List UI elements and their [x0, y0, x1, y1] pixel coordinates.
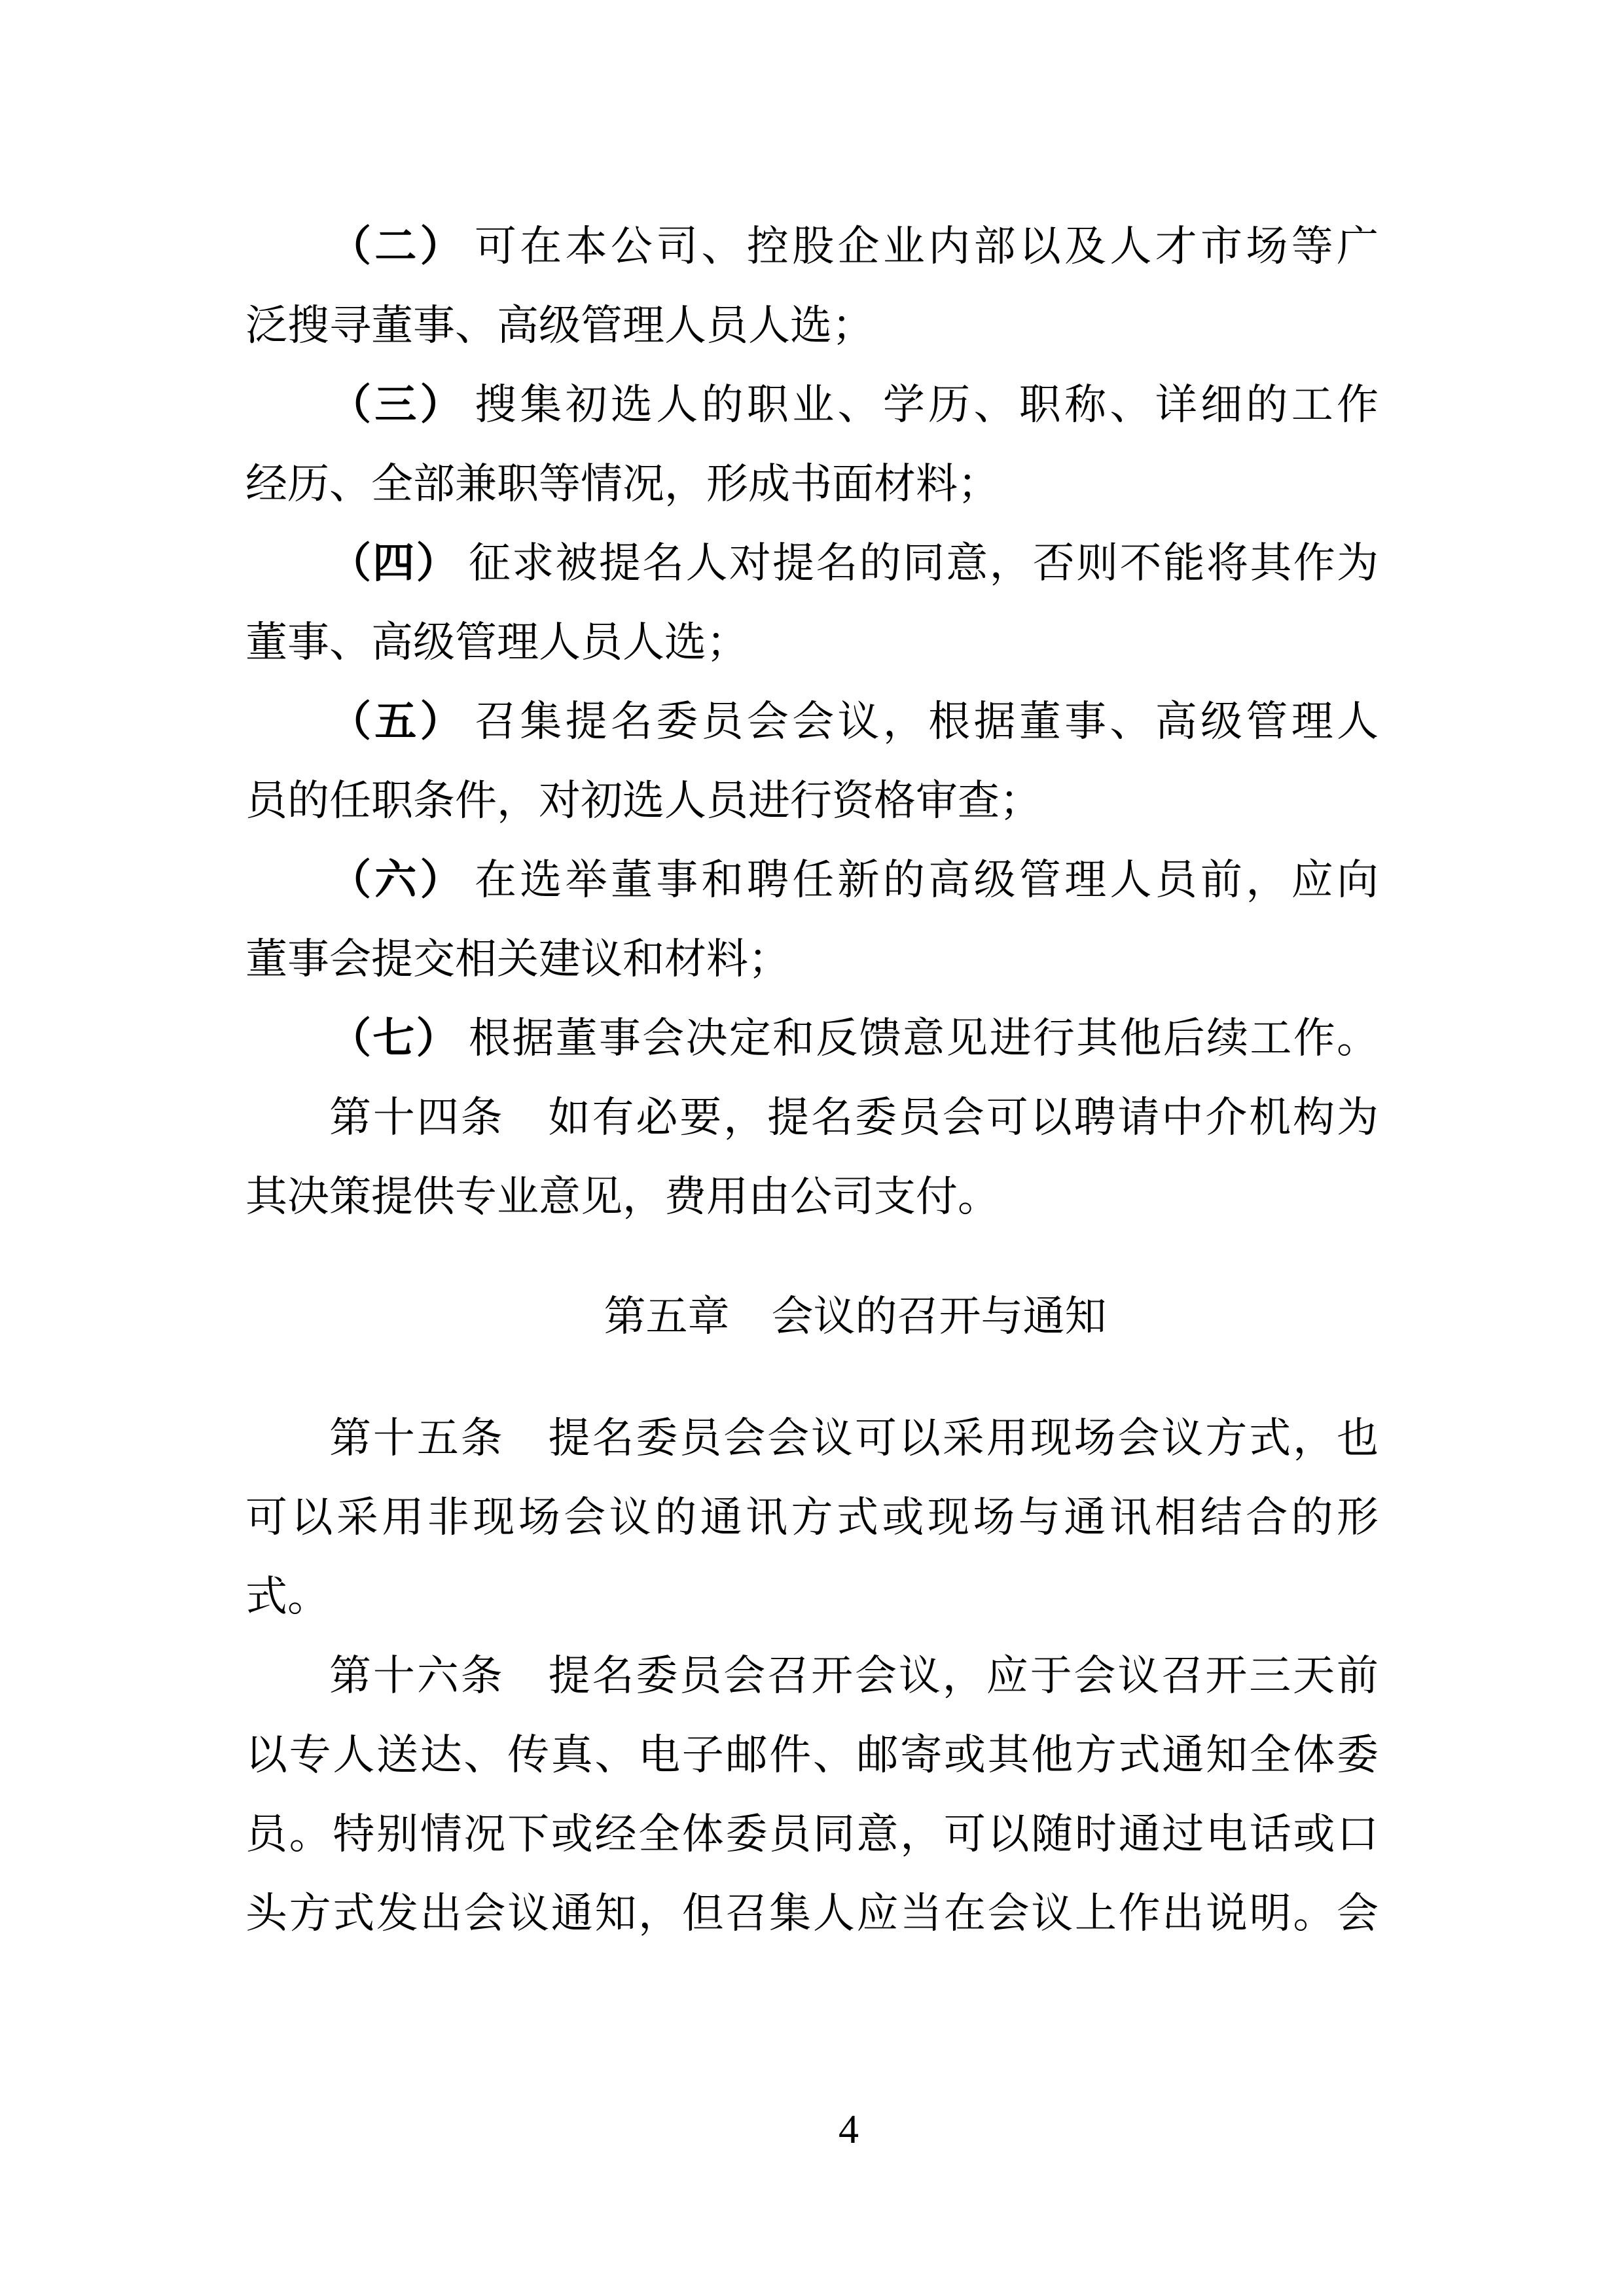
text-segment: 可在本公司、控股企业内部以及人才市场等广 [475, 223, 1379, 270]
document-page: （二）可在本公司、控股企业内部以及人才市场等广 泛搜寻董事、高级管理人员人选； … [0, 0, 1624, 2296]
text-segment: 泛搜寻董事、高级管理人员人选； [245, 302, 874, 349]
text-segment: 根据董事会决定和反馈意见进行其他后续工作。 [469, 1014, 1379, 1062]
text-segment: 董事、高级管理人员人选； [245, 619, 748, 666]
text-segment: 第十六条 提名委员会召开会议，应于会议召开三天前 [329, 1652, 1379, 1699]
text-segment: 第十四条 如有必要，提名委员会可以聘请中介机构为 [329, 1094, 1379, 1141]
text-segment: 在选举董事和聘任新的高级管理人员前，应向 [475, 856, 1379, 903]
text-line: 头方式发出会议通知，但召集人应当在会议上作出说明。会 [245, 1874, 1379, 1953]
item-number: （三） [329, 381, 465, 428]
page-footer: 4 [0, 2106, 1624, 2153]
item-number: （二） [329, 223, 465, 270]
text-line: 员。特别情况下或经全体委员同意，可以随时通过电话或口 [245, 1795, 1379, 1874]
text-segment: 员的任职条件，对初选人员进行资格审查； [245, 777, 1041, 824]
text-segment: 可以采用非现场会议的通讯方式或现场与通讯相结合的形 [245, 1494, 1379, 1541]
text-segment: 召集提名委员会会议，根据董事、高级管理人 [475, 698, 1379, 745]
text-line: （六）在选举董事和聘任新的高级管理人员前，应向 [245, 840, 1379, 920]
text-line: 其决策提供专业意见，费用由公司支付。 [245, 1157, 1379, 1236]
text-line: 员的任职条件，对初选人员进行资格审查； [245, 761, 1379, 840]
text-line: 第十六条 提名委员会召开会议，应于会议召开三天前 [245, 1636, 1379, 1715]
text-line: （七）根据董事会决定和反馈意见进行其他后续工作。 [245, 999, 1379, 1078]
text-segment: 以专人送达、传真、电子邮件、邮寄或其他方式通知全体委 [245, 1731, 1379, 1778]
text-line: （四）征求被提名人对提名的同意，否则不能将其作为 [245, 524, 1379, 603]
text-line: 泛搜寻董事、高级管理人员人选； [245, 286, 1379, 365]
text-segment: 头方式发出会议通知，但召集人应当在会议上作出说明。会 [245, 1890, 1379, 1937]
text-line: 董事会提交相关建议和材料； [245, 920, 1379, 999]
page-number: 4 [839, 2108, 859, 2152]
text-line: 第十五条 提名委员会会议可以采用现场会议方式，也 [245, 1399, 1379, 1478]
text-segment: 搜集初选人的职业、学历、职称、详细的工作 [475, 381, 1379, 428]
text-segment: 第十五条 提名委员会会议可以采用现场会议方式，也 [329, 1414, 1379, 1462]
text-line: （五）召集提名委员会会议，根据董事、高级管理人 [245, 682, 1379, 761]
item-number: （四） [329, 539, 460, 586]
document-body: （二）可在本公司、控股企业内部以及人才市场等广 泛搜寻董事、高级管理人员人选； … [245, 207, 1379, 1953]
text-line: （二）可在本公司、控股企业内部以及人才市场等广 [245, 207, 1379, 286]
text-segment: 式。 [245, 1573, 329, 1620]
text-line: （三）搜集初选人的职业、学历、职称、详细的工作 [245, 365, 1379, 444]
text-line: 董事、高级管理人员人选； [245, 603, 1379, 682]
text-segment: 其决策提供专业意见，费用由公司支付。 [245, 1173, 1000, 1220]
text-segment: 员。特别情况下或经全体委员同意，可以随时通过电话或口 [245, 1810, 1379, 1857]
item-number: （五） [329, 698, 465, 745]
text-line: 式。 [245, 1557, 1379, 1636]
item-number: （七） [329, 1014, 460, 1062]
text-segment: 征求被提名人对提名的同意，否则不能将其作为 [469, 539, 1379, 586]
item-number: （六） [329, 856, 465, 903]
chapter-heading-text: 第五章 会议的召开与通知 [604, 1293, 1107, 1340]
text-segment: 董事会提交相关建议和材料； [245, 935, 790, 982]
text-line: 经历、全部兼职等情况，形成书面材料； [245, 444, 1379, 524]
text-line: 第十四条 如有必要，提名委员会可以聘请中介机构为 [245, 1078, 1379, 1157]
text-segment: 经历、全部兼职等情况，形成书面材料； [245, 460, 1000, 507]
chapter-heading: 第五章 会议的召开与通知 [245, 1277, 1379, 1356]
text-line: 可以采用非现场会议的通讯方式或现场与通讯相结合的形 [245, 1478, 1379, 1557]
text-line: 以专人送达、传真、电子邮件、邮寄或其他方式通知全体委 [245, 1715, 1379, 1795]
